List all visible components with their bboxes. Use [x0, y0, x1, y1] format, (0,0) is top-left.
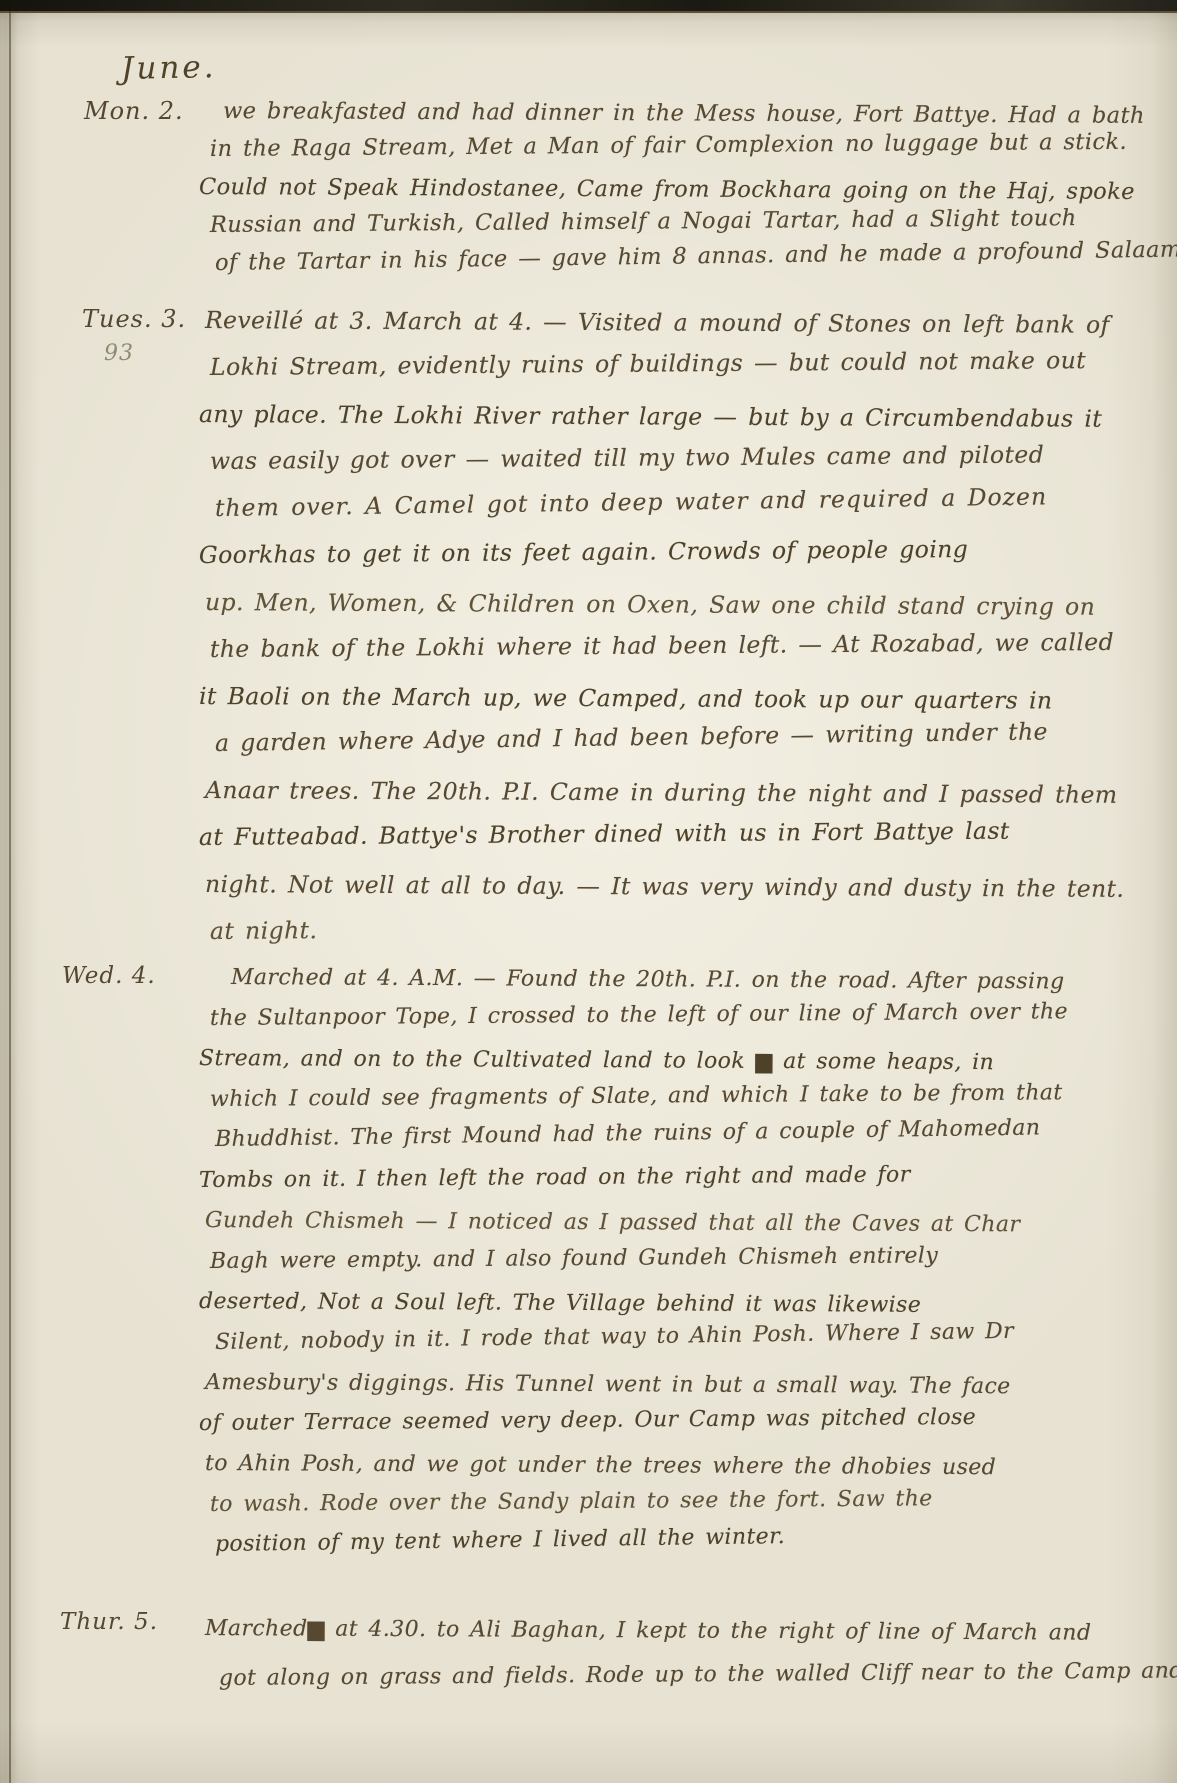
journal-line: Tombs on it. I then left the road on the… [199, 1153, 1155, 1201]
entry-lines: Marched at 4. A.M. — Found the 20th. P.I… [205, 958, 1155, 1566]
month-header: June. [121, 49, 217, 87]
page-number-note: 93 [104, 341, 134, 366]
journal-line: at night. [210, 901, 1155, 955]
journal-entry: Tues. 3.93Reveillé at 3. March at 4. — V… [0, 297, 1177, 955]
journal-line: Goorkhas to get it on its feet again. Cr… [199, 524, 1155, 579]
journal-entry: Mon. 2.we breakfasted and had dinner in … [0, 92, 1177, 282]
entry-lines: Marched▆ at 4.30. to Ali Baghan, I kept … [205, 1604, 1155, 1704]
entry-lines: Reveillé at 3. March at 4. — Visited a m… [205, 297, 1155, 955]
journal-entry: Wed. 4.Marched at 4. A.M. — Found the 20… [0, 958, 1177, 1566]
entry-date-label: Mon. 2. [84, 97, 184, 125]
journal-line: Bagh were empty. and I also found Gundeh… [210, 1234, 1155, 1282]
journal-line: in the Raga Stream, Met a Man of fair Co… [210, 123, 1155, 168]
entry-lines: we breakfasted and had dinner in the Mes… [205, 92, 1155, 282]
entry-date-label: Thur. 5. [60, 1609, 158, 1635]
entry-date-label: Tues. 3. [82, 305, 186, 333]
journal-line: got along on grass and fields. Rode up t… [219, 1647, 1155, 1704]
journal-line: the Sultanpoor Tope, I crossed to the le… [210, 991, 1155, 1039]
diary-page: June. Mon. 2.we breakfasted and had dinn… [0, 0, 1177, 1783]
binding-edge [0, 0, 1177, 13]
journal-entry: Thur. 5.Marched▆ at 4.30. to Ali Baghan,… [0, 1604, 1177, 1704]
journal-line: at Futteabad. Battye's Brother dined wit… [199, 806, 1155, 861]
journal-line: Lokhi Stream, evidently ruins of buildin… [210, 337, 1155, 391]
entry-date-label: Wed. 4. [62, 963, 156, 989]
journal-line: the bank of the Lokhi where it had been … [210, 619, 1155, 673]
journal-line: of outer Terrace seemed very deep. Our C… [199, 1396, 1155, 1444]
